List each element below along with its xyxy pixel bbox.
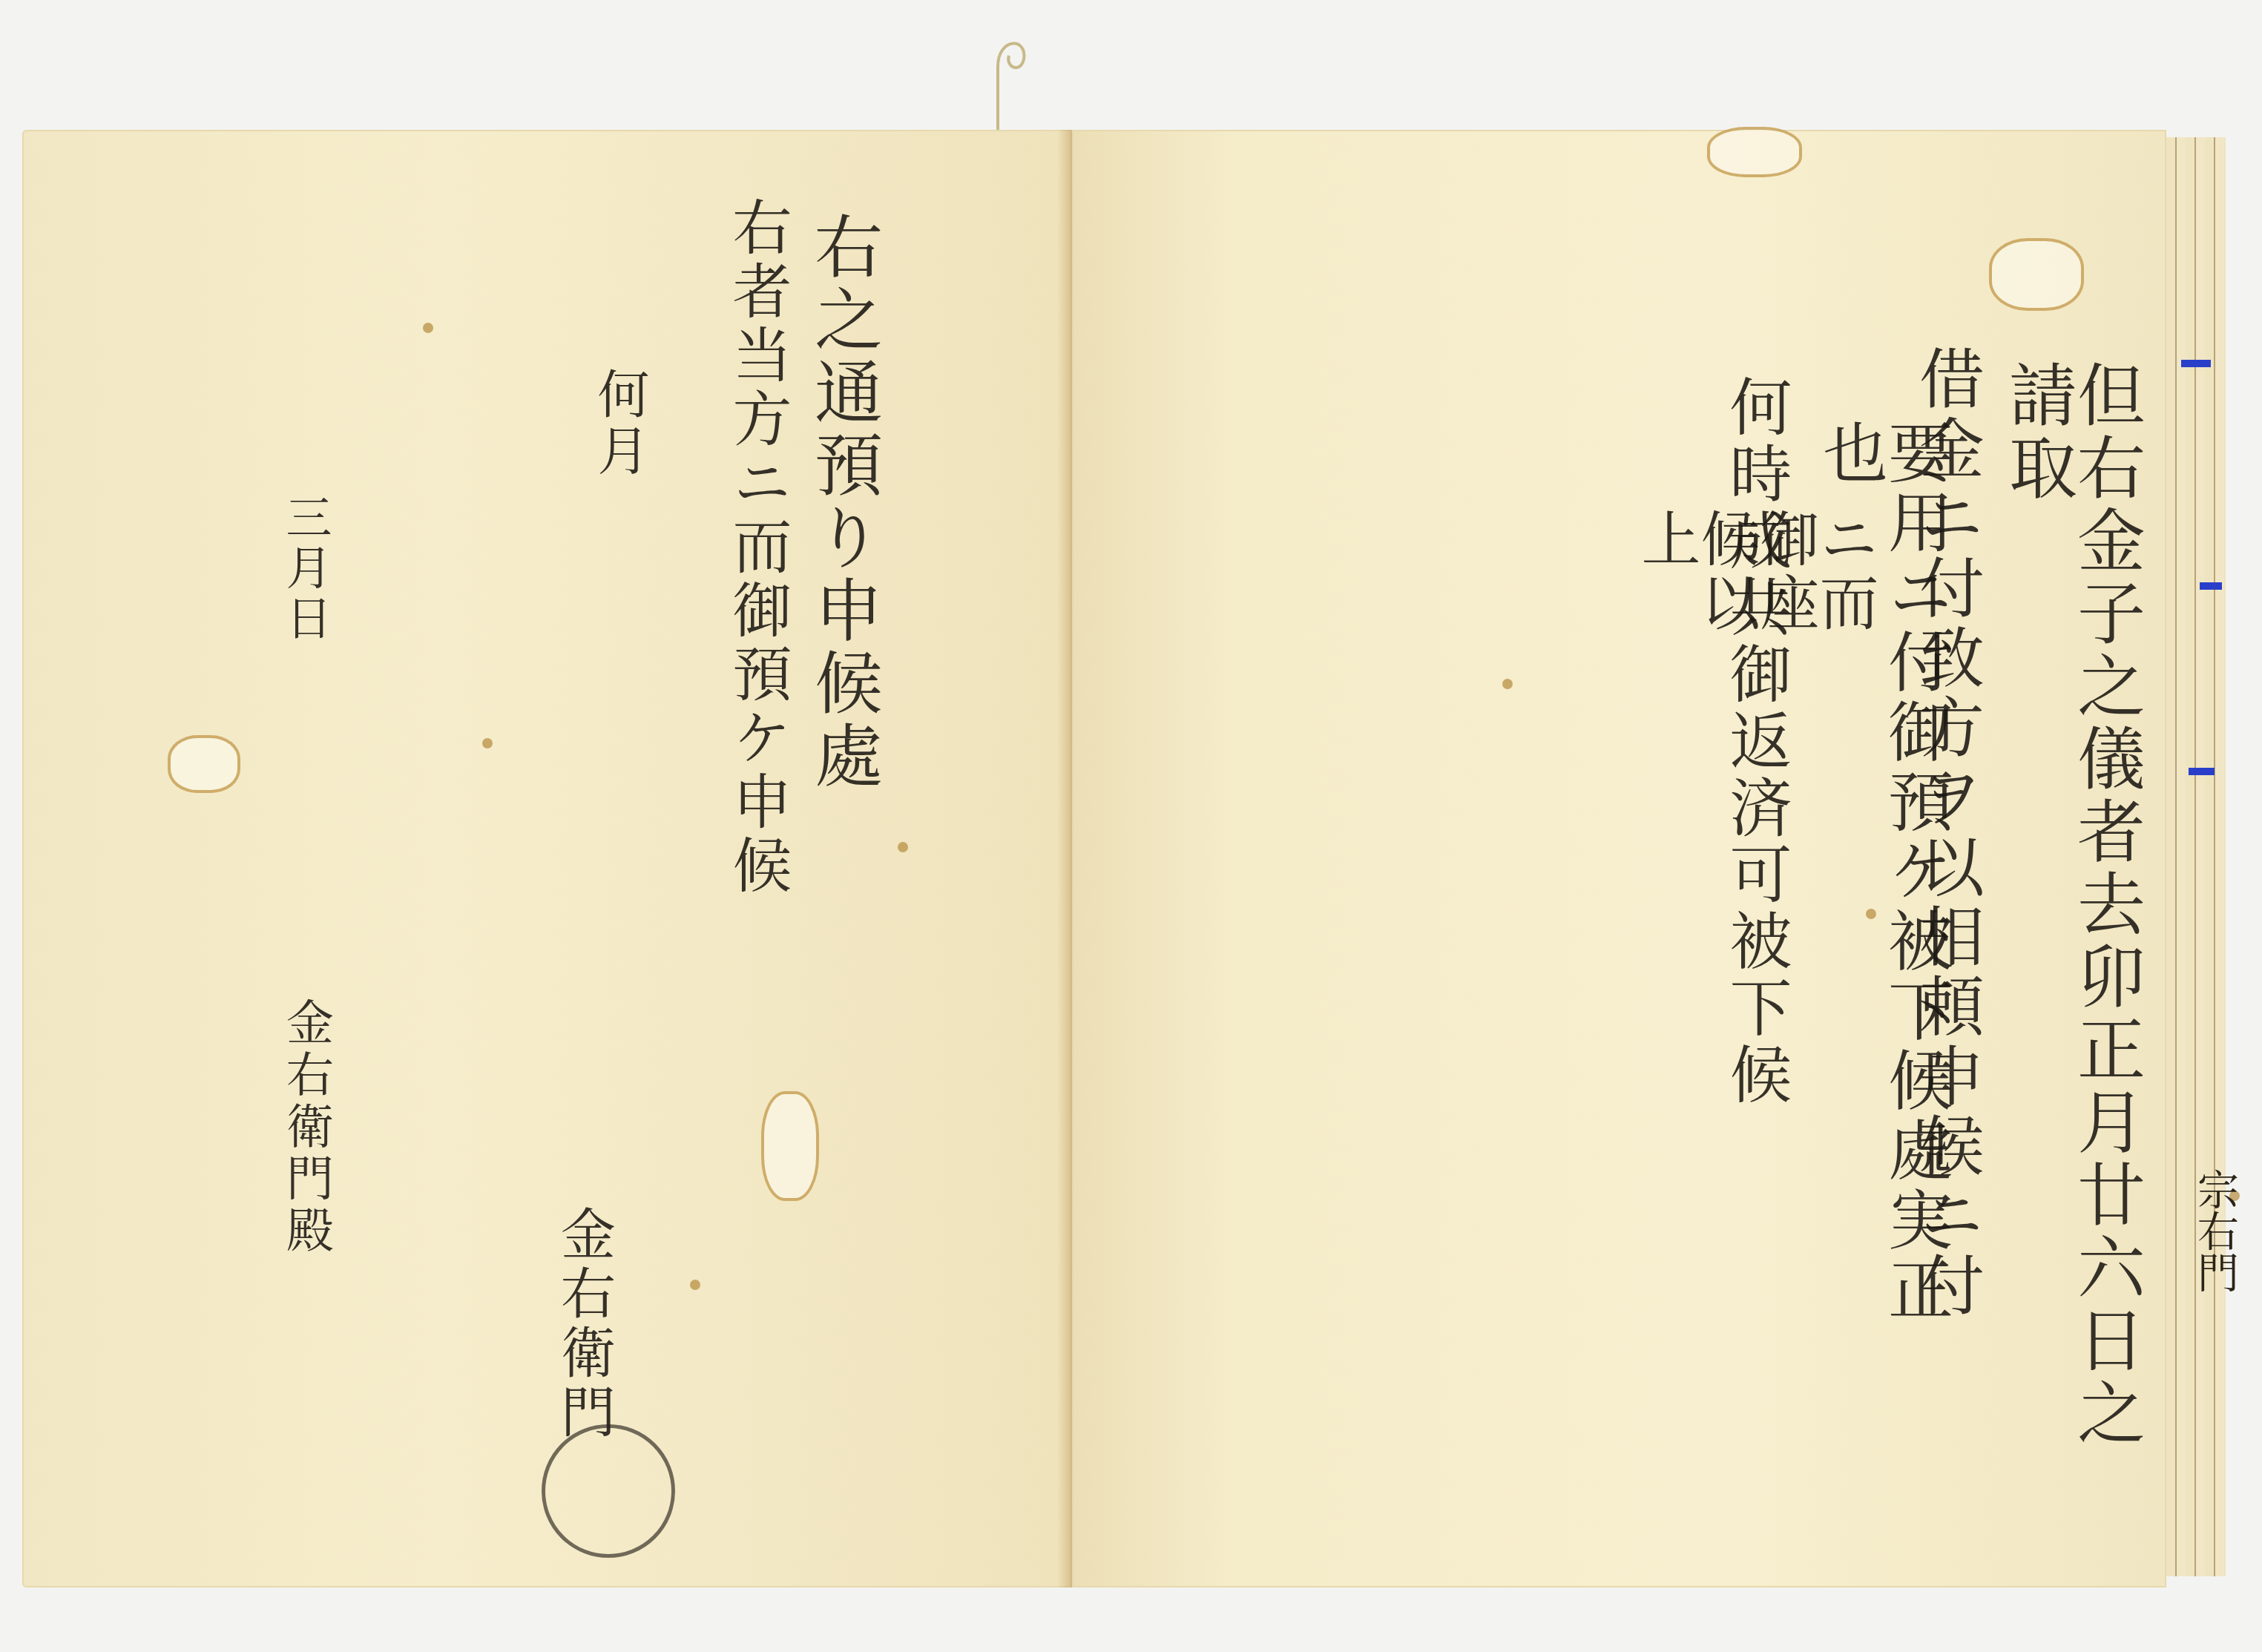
left-col-1: 右之通預り申候處 (809, 211, 877, 1472)
left-page: 右之通預り申候處 右者当方ニ而御預ケ申候 何月 三月日 金右衛門殿 金右衛門 (22, 130, 1072, 1587)
left-col-4: 金右衛門殿 (282, 998, 329, 1369)
left-col-2: 右者当方ニ而御預ケ申候 (727, 197, 786, 1383)
bleed-through-text (134, 352, 202, 1391)
left-col-date: 三月日 (282, 493, 328, 864)
spine-tab-label: 宗右門 (2185, 1168, 2244, 1293)
blue-ink-mark (2200, 582, 2222, 590)
manuscript-spread: 右之通預り申候處 右者当方ニ而御預ケ申候 何月 三月日 金右衛門殿 金右衛門 但… (22, 130, 2189, 1587)
hanger-hook-icon (964, 22, 1031, 141)
page-stack-edge (2166, 137, 2226, 1576)
bleed-through-text (1206, 797, 1274, 1465)
right-page: 但右金子之儀者去卯正月廿六日之請取 借金ニ付致方ヲ以相頼申候ニ付 要用ニ付御預ケ… (1072, 130, 2166, 1587)
left-col-3: 何月 (594, 367, 645, 961)
right-col-5: ニ而御座候以上 (1636, 508, 1873, 671)
torn-edge (1710, 130, 1799, 174)
round-seal-stamp (542, 1424, 675, 1558)
blue-ink-mark (2189, 768, 2215, 775)
right-col-1: 但右金子之儀者去卯正月廿六日之請取 (2003, 360, 2140, 1472)
blue-ink-mark (2181, 360, 2211, 367)
right-col-4: 何時成共御返済可被下候 (1725, 375, 1787, 1191)
worm-damage (1992, 241, 2081, 308)
worm-damage (171, 738, 237, 790)
worm-damage (764, 1094, 816, 1198)
